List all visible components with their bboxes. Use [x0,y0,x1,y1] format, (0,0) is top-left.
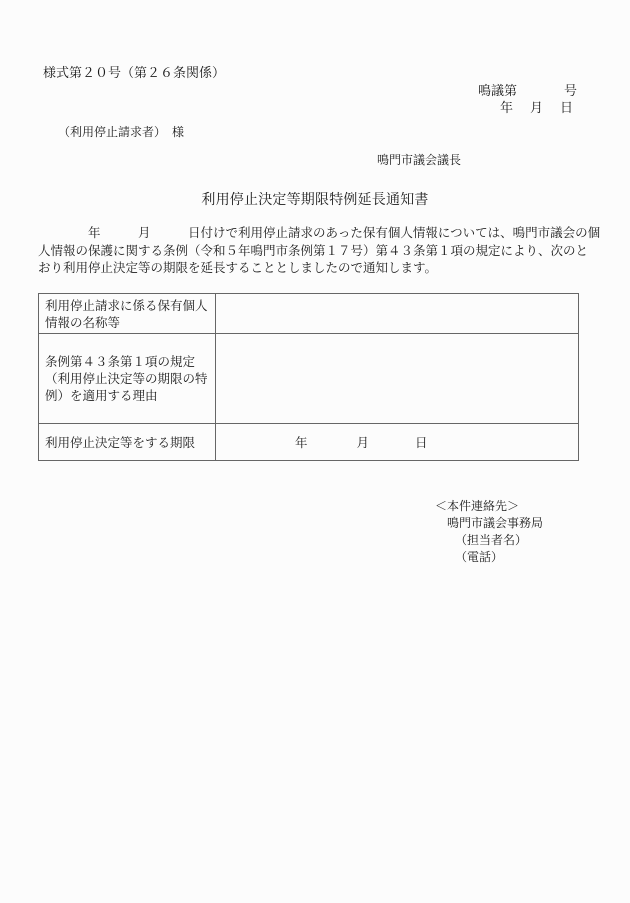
table-row-reason: 条例第４３条第１項の規定 （利用停止決定等の期限の特 例）を適用する理由 [39,334,579,424]
issue-date-month-label: 月 [530,97,543,116]
row-value-deadline: 年 月 日 [216,424,579,461]
form-table: 利用停止請求に係る保有個人 情報の名称等 条例第４３条第１項の規定 （利用停止決… [38,293,579,461]
deadline-day-label: 日 [415,435,428,450]
contact-block: ＜本件連絡先＞ 鳴門市議会事務局 （担当者名） （電話） [435,498,543,566]
issue-date-line: 年 月 日 [500,97,573,116]
body-paragraph: 年 月 日付けで利用停止請求のあった保有個人情報については、鳴門市議会の個 人情… [38,224,613,277]
deadline-year-label: 年 [295,435,308,450]
table-row-deadline: 利用停止決定等をする期限 年 月 日 [39,424,579,461]
row-label-held-info-name: 利用停止請求に係る保有個人 情報の名称等 [39,294,216,334]
contact-phone: （電話） [455,549,543,566]
row-label-reason: 条例第４３条第１項の規定 （利用停止決定等の期限の特 例）を適用する理由 [39,334,216,424]
contact-person: （担当者名） [455,532,543,549]
document-page: 様式第２０号（第２６条関係） 鳴議第 号 年 月 日 （利用停止請求者） 様 鳴… [0,0,630,903]
table-row-held-info-name: 利用停止請求に係る保有個人 情報の名称等 [39,294,579,334]
addressee-line: （利用停止請求者） 様 [58,123,184,140]
deadline-month-label: 月 [357,435,370,450]
row-label-deadline: 利用停止決定等をする期限 [39,424,216,461]
issue-date-year-label: 年 [500,97,513,116]
document-title: 利用停止決定等期限特例延長通知書 [0,189,630,209]
row-value-held-info-name [216,294,579,334]
form-number: 様式第２０号（第２６条関係） [43,62,225,81]
sender-line: 鳴門市議会議長 [377,151,461,168]
contact-heading: ＜本件連絡先＞ [435,498,543,515]
row-value-reason [216,334,579,424]
issue-date-day-label: 日 [560,97,573,116]
contact-org: 鳴門市議会事務局 [447,515,543,532]
